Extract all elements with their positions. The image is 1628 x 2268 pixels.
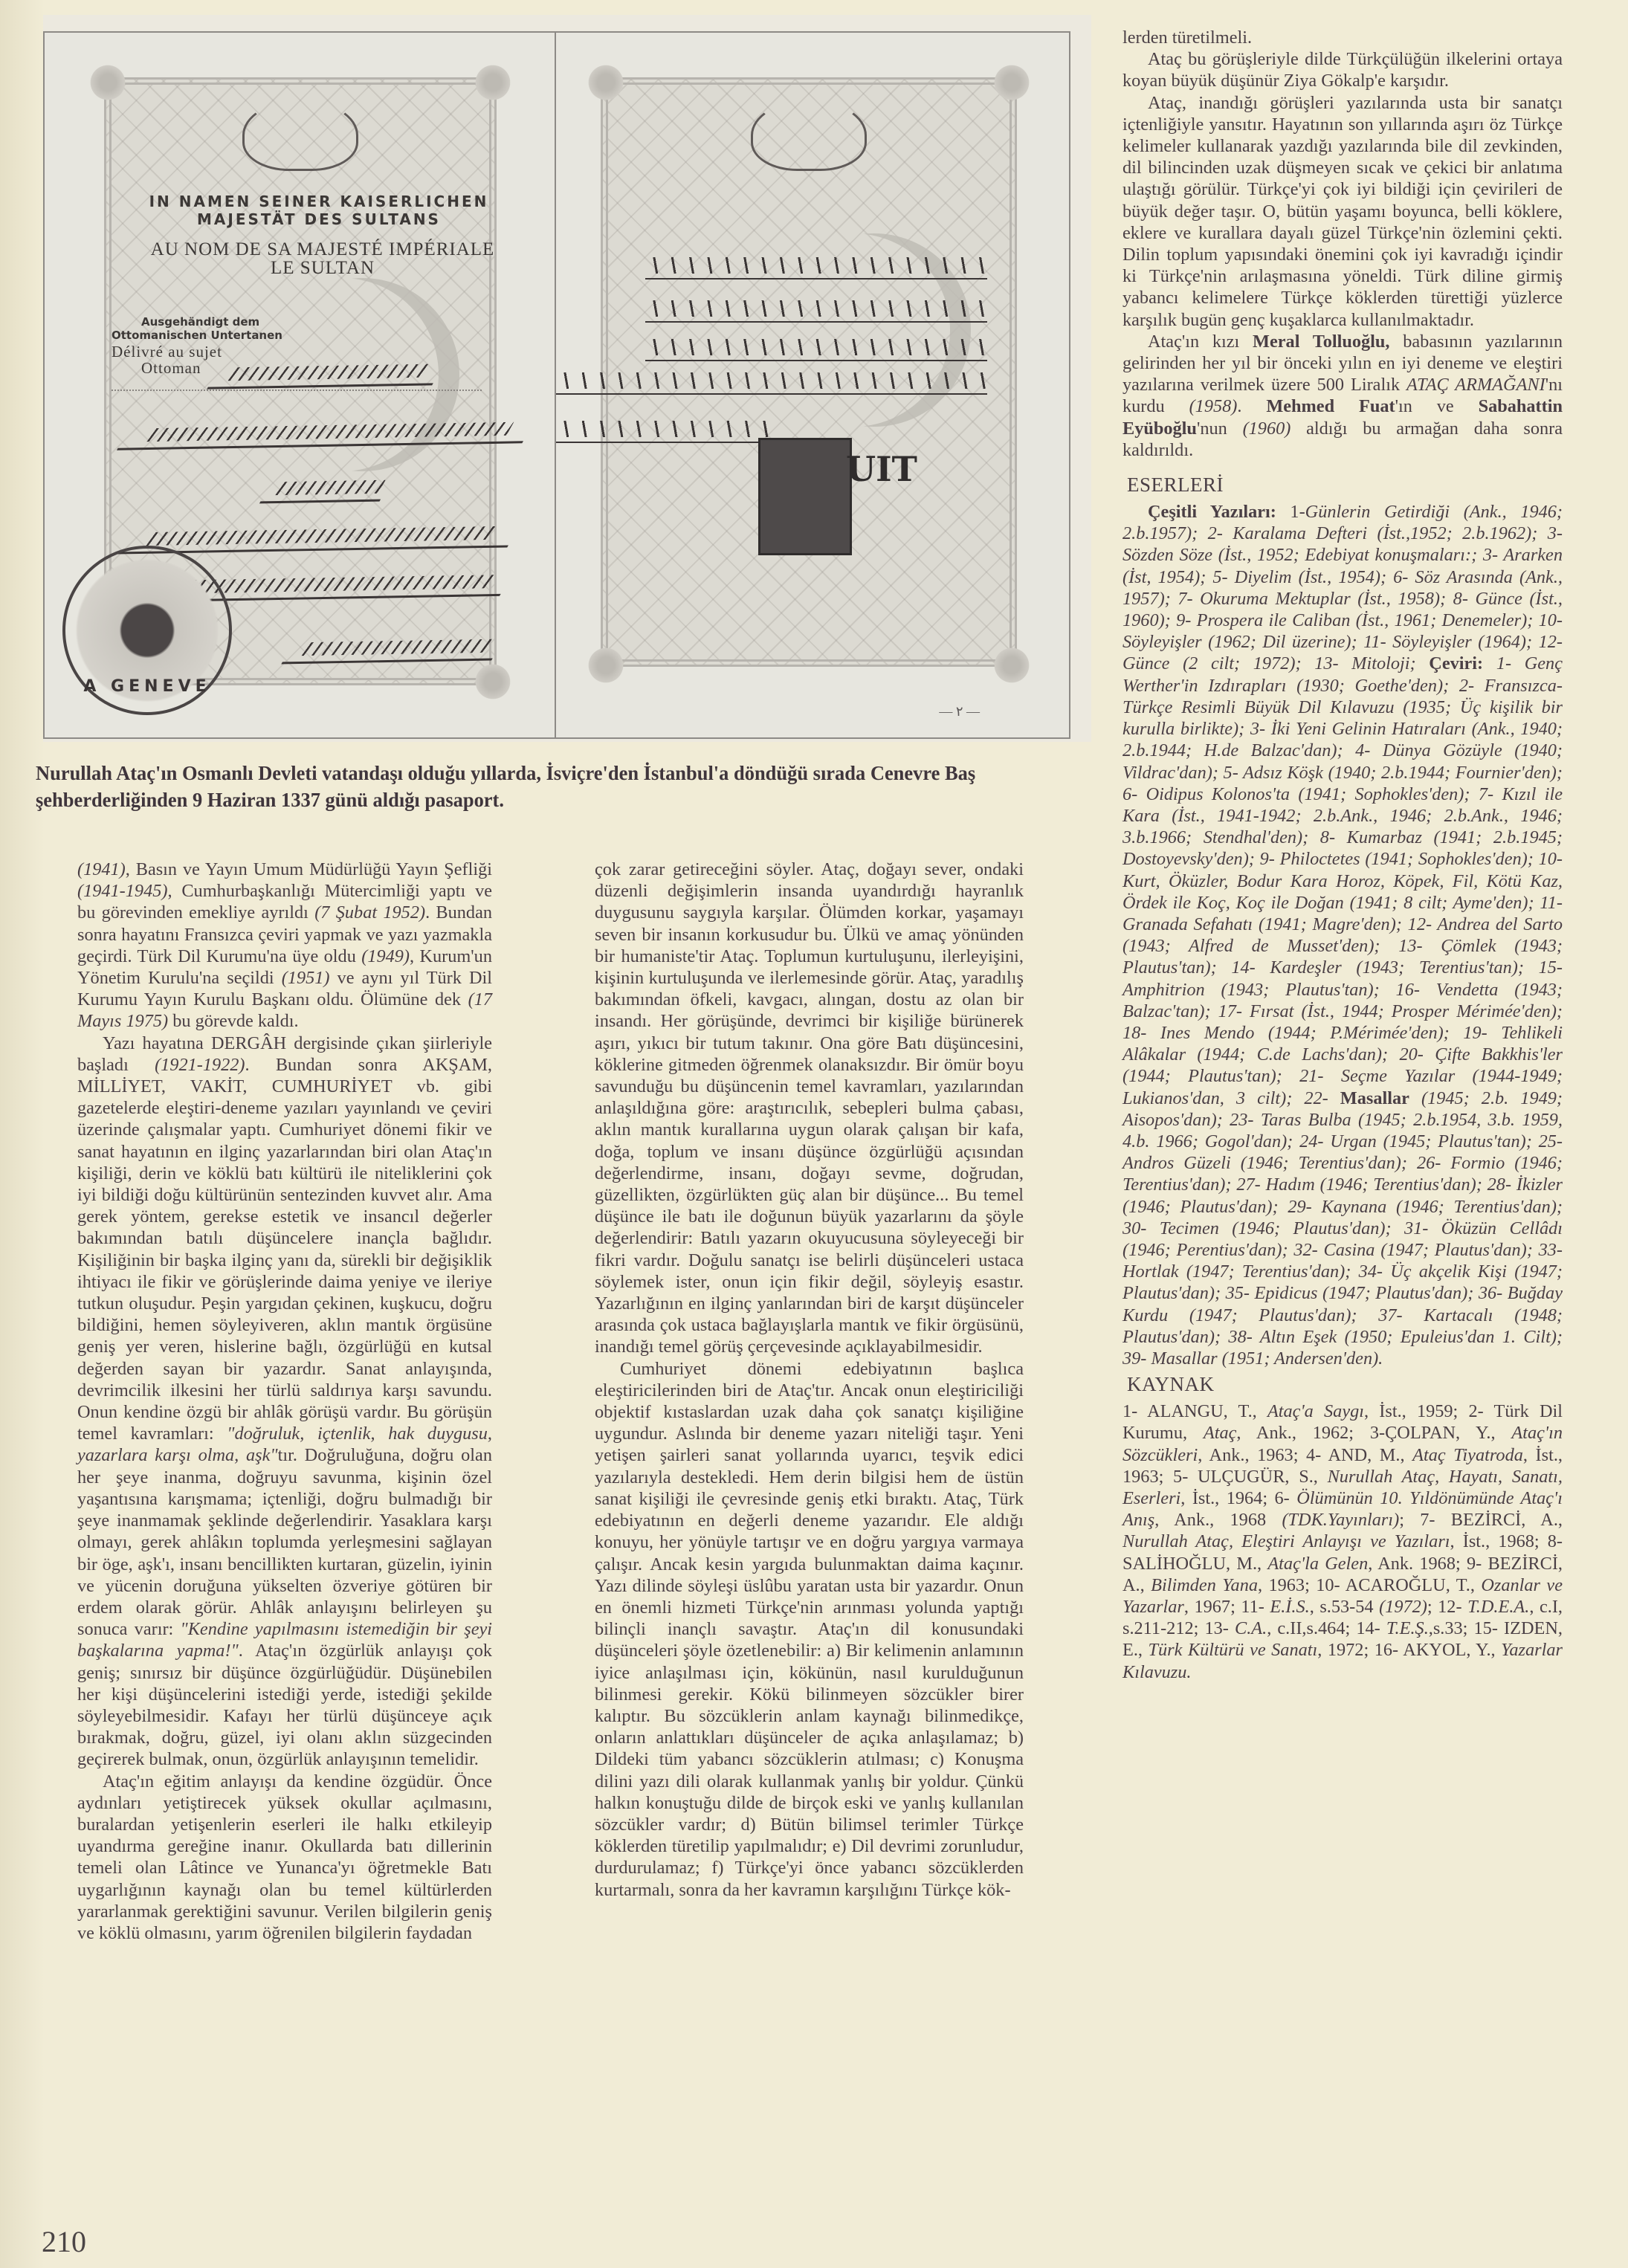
passport-french-title-2: LE SULTAN: [119, 259, 526, 277]
passport-label-de-2: Ottomanischen Untertanen: [112, 329, 282, 342]
paragraph: Ataç'ın kızı Meral Tolluoğlu, babasının …: [1123, 331, 1563, 461]
handwritten-text: [259, 474, 395, 504]
paragraph: Yazı hayatına DERGÂH dergisinde çıkan şi…: [77, 1033, 492, 1771]
passport-right-page: UIT — ۲ —: [555, 31, 1070, 739]
paragraph: Ataç bu görüşleriyle dilde Türkçülüğün i…: [1123, 48, 1563, 91]
passport-left-page: IN NAMEN SEINER KAISERLICHEN MAJESTÄT DE…: [43, 31, 558, 739]
corner-ornament-icon: [586, 62, 626, 103]
works-list: Çeşitli Yazıları: 1-Günlerin Getirdiği (…: [1123, 501, 1563, 1369]
paragraph: Ataç, inandığı görüşleri yazılarında ust…: [1123, 92, 1563, 331]
ottoman-script-line: [556, 371, 987, 395]
paragraph: Cumhuriyet dönemi edebiyatının başlıca e…: [595, 1358, 1024, 1901]
photo-caption: Nurullah Ataç'ın Osmanlı Devleti vatanda…: [36, 760, 1070, 813]
ottoman-script-line: [645, 337, 987, 361]
stamp-text: UIT: [846, 449, 917, 489]
sources-list: 1- ALANGU, T., Ataç'a Saygı, İst., 1959;…: [1123, 1400, 1563, 1683]
corner-ornament-icon: [473, 62, 513, 103]
revenue-stamp-icon: [758, 438, 852, 555]
handwritten-signature: [281, 633, 506, 665]
ottoman-script-line: [645, 256, 987, 280]
corner-ornament-icon: [473, 662, 513, 702]
paragraph: çok zarar getireceğini söyler. Ataç, doğ…: [595, 859, 1024, 1358]
consulate-seal-icon: A GENEVE: [62, 546, 232, 715]
tugra-emblem-icon: [751, 100, 867, 171]
passport-form-line: [112, 390, 482, 391]
corner-ornament-icon: [586, 645, 626, 685]
seal-text: A GENEVE: [65, 677, 229, 696]
passport-french-title-1: AU NOM DE SA MAJESTÉ IMPÉRIALE: [119, 241, 526, 259]
paragraph: (1941), Basın ve Yayın Umum Müdürlüğü Ya…: [77, 859, 492, 1033]
passport-german-title-2: MAJESTÄT DES SULTANS: [119, 210, 519, 228]
corner-ornament-icon: [992, 645, 1032, 685]
ottoman-script-line: [556, 419, 772, 443]
passport-page-marker: — ۲ —: [939, 704, 980, 720]
tugra-emblem-icon: [242, 100, 358, 171]
handwritten-signature: [207, 358, 448, 389]
page-gutter-shadow: [0, 0, 45, 2268]
right-column: lerden türetilmeli. Ataç bu görüşleriyle…: [1123, 27, 1563, 1683]
paragraph: lerden türetilmeli.: [1123, 27, 1563, 48]
works-heading: ESERLERİ: [1127, 473, 1563, 497]
passport-label-de-1: Ausgehändigt dem: [141, 315, 259, 329]
paragraph: Ataç'ın eğitim anlayışı da kendine özgüd…: [77, 1771, 492, 1945]
middle-column: çok zarar getireceğini söyler. Ataç, doğ…: [595, 859, 1024, 1901]
sources-heading: KAYNAK: [1127, 1372, 1563, 1396]
passport-label-fr-2: Ottoman: [141, 360, 201, 376]
passport-german-title-1: IN NAMEN SEINER KAISERLICHEN: [119, 193, 519, 210]
left-column: (1941), Basın ve Yayın Umum Müdürlüğü Ya…: [77, 859, 492, 1944]
corner-ornament-icon: [992, 62, 1032, 103]
passport-photo: IN NAMEN SEINER KAISERLICHEN MAJESTÄT DE…: [43, 15, 1091, 742]
page-number: 210: [42, 2224, 86, 2259]
passport-label-fr-1: Délivré au sujet: [112, 343, 222, 360]
ottoman-script-line: [645, 299, 987, 323]
corner-ornament-icon: [88, 62, 128, 103]
